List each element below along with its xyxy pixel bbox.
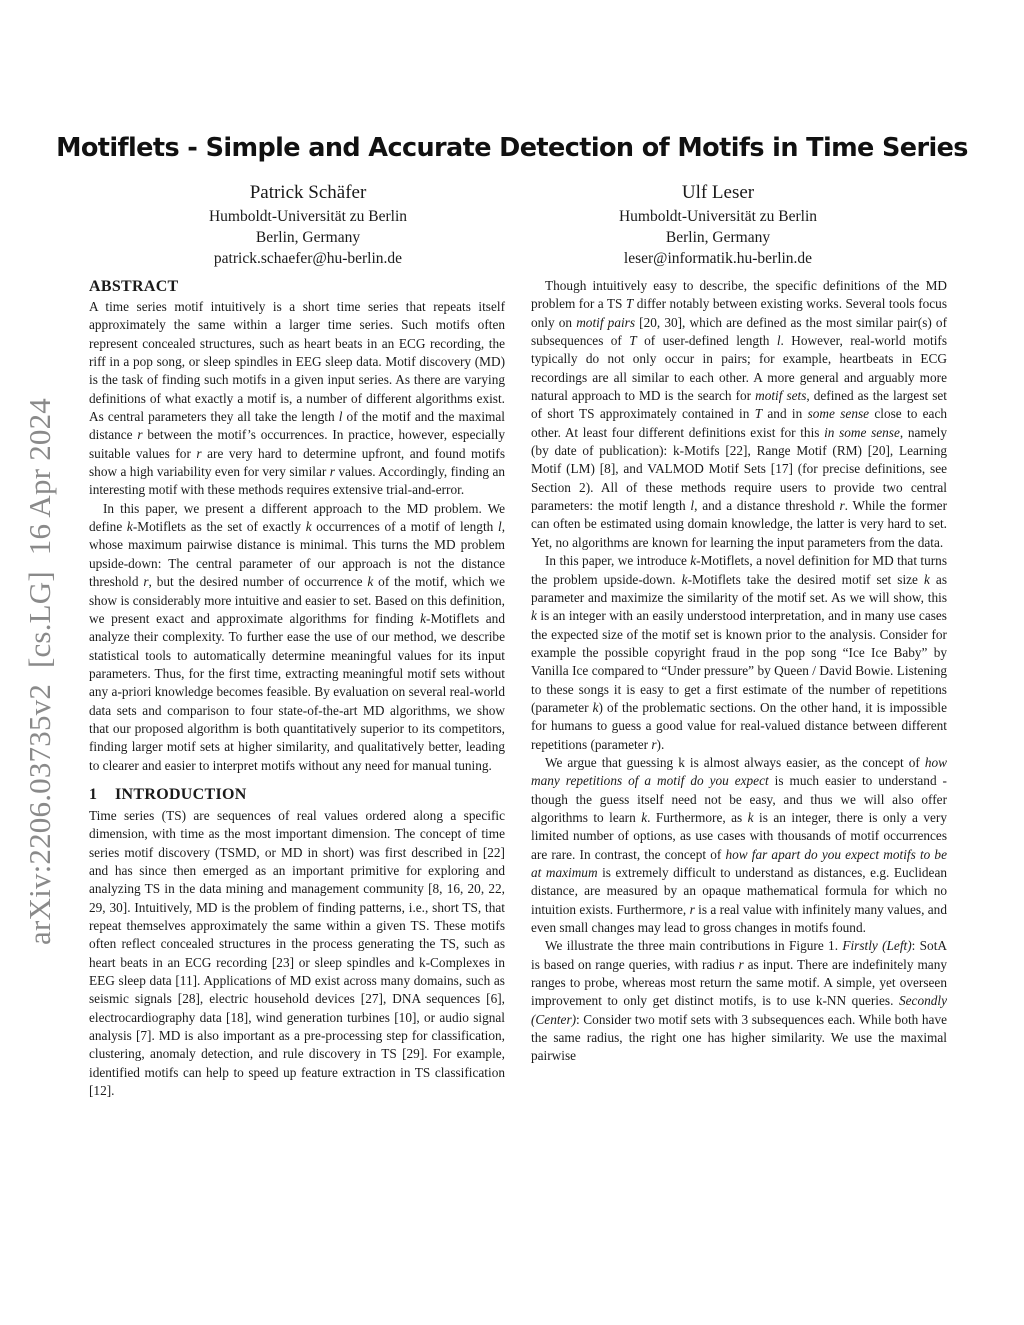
left-column: ABSTRACT A time series motif intuitively…: [89, 277, 505, 1100]
author-affiliation: Humboldt-Universität zu Berlin: [128, 206, 488, 227]
intro-paragraph-5: We illustrate the three main contributio…: [531, 937, 947, 1065]
author-affiliation: Humboldt-Universität zu Berlin: [538, 206, 898, 227]
abstract-paragraph-1: A time series motif intuitively is a sho…: [89, 298, 505, 500]
section-title: INTRODUCTION: [115, 786, 247, 803]
intro-paragraph-3: In this paper, we introduce k-Motiflets,…: [531, 552, 947, 754]
author-location: Berlin, Germany: [538, 227, 898, 248]
author-email: patrick.schaefer@hu-berlin.de: [128, 248, 488, 269]
intro-paragraph-4: We argue that guessing k is almost alway…: [531, 754, 947, 937]
right-column: Though intuitively easy to describe, the…: [531, 277, 947, 1066]
paper-title: Motiflets - Simple and Accurate Detectio…: [0, 133, 1024, 163]
author-block-2: Ulf Leser Humboldt-Universität zu Berlin…: [538, 181, 898, 269]
arxiv-identifier-stamp: arXiv:2206.03735v2 [cs.LG] 16 Apr 2024: [22, 398, 58, 945]
intro-paragraph-2: Though intuitively easy to describe, the…: [531, 277, 947, 552]
author-name: Ulf Leser: [538, 181, 898, 205]
intro-paragraph-1: Time series (TS) are sequences of real v…: [89, 807, 505, 1101]
author-email: leser@informatik.hu-berlin.de: [538, 248, 898, 269]
abstract-heading: ABSTRACT: [89, 277, 505, 297]
abstract-paragraph-2: In this paper, we present a different ap…: [89, 500, 505, 775]
author-block-1: Patrick Schäfer Humboldt-Universität zu …: [128, 181, 488, 269]
introduction-heading: 1INTRODUCTION: [89, 785, 505, 805]
section-number: 1: [89, 785, 115, 805]
author-location: Berlin, Germany: [128, 227, 488, 248]
author-name: Patrick Schäfer: [128, 181, 488, 205]
